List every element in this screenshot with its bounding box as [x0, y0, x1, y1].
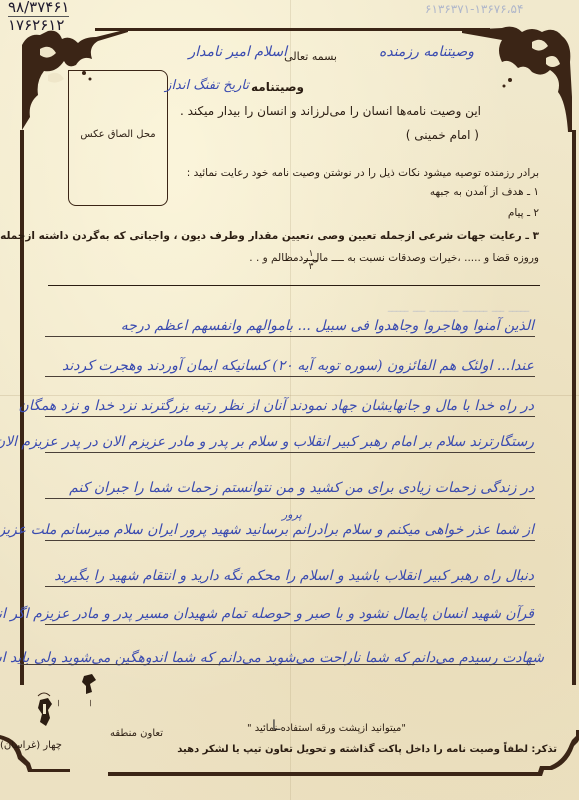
ruled-line [45, 336, 535, 337]
faint-reference-number: ۶۱۳۶۳۷۱-۱۳۶۷۶،۵۴ [425, 2, 523, 16]
photo-box-label: محل الصاق عکس [69, 129, 167, 140]
quote-attribution: ( امام خمینی ) [406, 128, 479, 142]
ruled-line [45, 416, 535, 417]
frame-bottom-border [108, 772, 528, 776]
ruled-line [45, 452, 535, 453]
instructions-intro: برادر رزمنده توصیه میشود نکات ذیل را در … [187, 167, 539, 179]
handwritten-name-line-left: اسلام امیر نامدار [188, 44, 287, 60]
archive-number-primary: ۹۸/۳۷۴۶۱ [8, 0, 69, 17]
handwritten-body-line-1: الذین آمنوا وهاجروا وجاهدوا فی سبیل ... … [121, 318, 534, 334]
emblem-side-text: ـــ [56, 700, 64, 706]
instruction-item-3: ۳ ـ رعایت جهات شرعی ازجمله تعیین وصی ،تع… [0, 230, 539, 242]
fraction-one-third: ۱ ۳ [304, 249, 318, 272]
handwritten-body-line-6: از شما عذر خواهی میکنم و سلام برادرانم ب… [0, 522, 534, 538]
handwritten-body-line-5: در زندگی زحمات زیادی برای من کشید و من ن… [69, 480, 534, 496]
footer-back-of-page-note: "میتوانید ازپشت ورقه استفاده نمائید " [247, 723, 406, 734]
ruled-line [45, 498, 535, 499]
ruled-line [45, 586, 535, 587]
instruction-item-2: ۲ ـ پیام [508, 207, 539, 219]
handwritten-annotation-above: پرور [282, 508, 302, 521]
section-divider [48, 285, 540, 286]
handwritten-date-line: تاریخ تفنگ انداز [165, 78, 249, 93]
handwritten-body-line-2: عندا... اولئک هم الفائزون (سوره توبه آیه… [62, 358, 534, 374]
footer-reminder: تذکر: لطفاً وصیت نامه را داخل پاکت گذاشت… [177, 744, 557, 755]
handwritten-body-line-4: رستگارترند سلام بر امام رهبر کبیر انقلاب… [0, 434, 534, 450]
bleed-through-text: ـــــ ـــ ــــــ ـــــــ ـــ ـــــ [388, 300, 529, 316]
ruled-line [20, 664, 535, 665]
handwritten-body-line-3: در راه خدا با مال و جانهایشان جهاد نمودن… [19, 398, 534, 414]
frame-right-border [572, 130, 576, 685]
handwritten-body-line-8: قرآن شهید انسان پایمال نشود و با صبر و ح… [0, 606, 534, 622]
document-title: وصیتنامه [251, 80, 304, 94]
handwritten-name-line-right: وصیتنامه رزمنده [379, 44, 474, 60]
photo-attachment-box: محل الصاق عکس [68, 70, 168, 206]
regional-cooperation-label: تعاون منطقه [110, 728, 163, 739]
frame-top-border [95, 28, 490, 31]
small-emblem-side-text: ـــ [88, 700, 96, 706]
instruction-item-1: ۱ ـ هدف از آمدن به جبهه [430, 186, 539, 198]
irgc-emblem-icon [34, 690, 56, 730]
imam-quote: این وصیت نامه‌ها انسان را می‌لرزاند و ان… [180, 104, 481, 118]
small-emblem-icon [80, 672, 98, 696]
ruled-line [45, 624, 535, 625]
fraction-denominator: ۳ [309, 262, 314, 272]
unit-label: چهار (غراسان) [0, 740, 62, 751]
fraction-bar [304, 260, 318, 261]
bismillah-heading: بسمه تعالی [284, 50, 337, 63]
instruction-item-3-continued: وروزه قضا و ..... ،خیرات وصدقات نسبت به … [249, 252, 539, 264]
fraction-numerator: ۱ [309, 249, 314, 259]
ornament-corner-bottom-right-icon [520, 730, 579, 780]
ruled-line [45, 540, 535, 541]
ruled-line [45, 376, 535, 377]
handwritten-body-line-7: دنبال راه رهبر کبیر انقلاب باشید و اسلام… [54, 568, 534, 584]
